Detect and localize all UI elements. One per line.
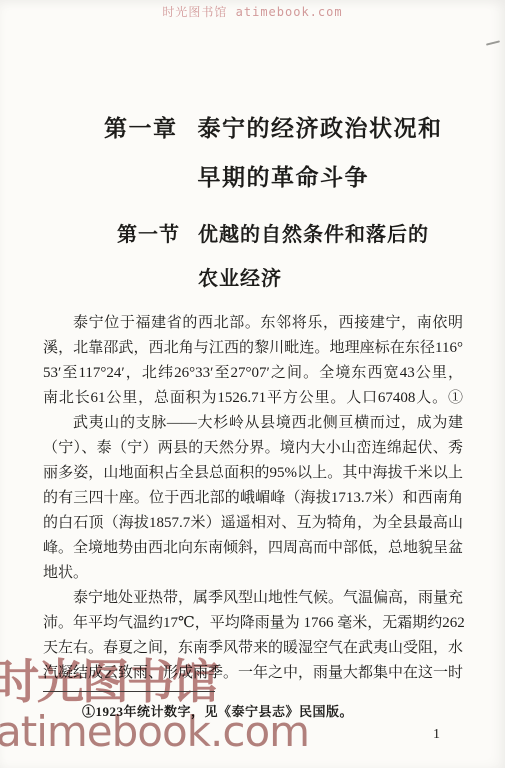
section-title-line-2: 农业经济: [198, 257, 429, 301]
heading-gap: [180, 213, 198, 301]
page-number: 1: [433, 727, 440, 743]
body-line: 沛。年平均气温约17℃，平均降雨量为 1766 毫米，无霜期约262: [43, 611, 463, 636]
section-label: 第一节: [117, 213, 180, 301]
chapter-title-line-2: 早期的革命斗争: [198, 153, 443, 202]
chapter-title: 泰宁的经济政治状况和 早期的革命斗争: [198, 104, 443, 202]
body-line: 53′至117°24′，北纬26°33′至27°07′之间。全境东西宽43公里，: [43, 361, 463, 386]
footnote-divider: [43, 691, 215, 692]
body-text: 泰宁位于福建省的西北部。东邻将乐，西接建宁，南依明 溪，北靠邵武，西北角与江西的…: [43, 311, 463, 686]
body-line: 的有三四十座。位于西北部的峨嵋峰（海拔1713.7米）和西南角: [43, 486, 463, 511]
body-line: 泰宁地处亚热带，属季风型山地性气候。气温偏高，雨量充: [43, 586, 463, 611]
heading-gap: [178, 104, 198, 202]
body-line: 武夷山的支脉——大杉岭从县境西北侧亘横而过，成为建: [43, 411, 463, 436]
body-line: 南北长61公里，总面积为1526.71平方公里。人口67408人。①: [43, 386, 463, 411]
paragraph-2: 武夷山的支脉——大杉岭从县境西北侧亘横而过，成为建 （宁）、泰（宁）两县的天然分…: [43, 411, 463, 586]
body-line: 泰宁位于福建省的西北部。东邻将乐，西接建宁，南依明: [43, 311, 463, 336]
bottom-watermark-url: atimebook.com: [0, 707, 309, 756]
scan-artifact-mark: [486, 40, 500, 45]
body-line: 地状。: [43, 561, 463, 586]
book-page: 时光图书馆 atimebook.com 第一章 泰宁的经济政治状况和 早期的革命…: [0, 0, 505, 768]
body-line: 的白石顶（海拔1857.7米）遥遥相对、互为犄角，为全县最高山: [43, 511, 463, 536]
paragraph-1: 泰宁位于福建省的西北部。东邻将乐，西接建宁，南依明 溪，北靠邵武，西北角与江西的…: [43, 311, 463, 411]
body-line: 丽多姿，山地面积占全县总面积的95%以上。其中海拔千米以上: [43, 461, 463, 486]
section-title-line-1: 优越的自然条件和落后的: [198, 213, 429, 257]
chapter-label: 第一章: [104, 104, 178, 202]
section-title: 优越的自然条件和落后的 农业经济: [198, 213, 429, 301]
body-line: （宁）、泰（宁）两县的天然分界。境内大小山峦连绵起伏、秀: [43, 436, 463, 461]
section-heading: 第一节 优越的自然条件和落后的 农业经济: [117, 213, 429, 301]
chapter-heading: 第一章 泰宁的经济政治状况和 早期的革命斗争: [104, 104, 443, 202]
chapter-title-line-1: 泰宁的经济政治状况和: [198, 104, 443, 153]
top-watermark: 时光图书馆 atimebook.com: [0, 3, 505, 20]
body-line: 溪，北靠邵武，西北角与江西的黎川毗连。地理座标在东径116°: [43, 336, 463, 361]
body-line: 峰。全境地势由西北向东南倾斜，四周高而中部低，总地貌呈盆: [43, 536, 463, 561]
